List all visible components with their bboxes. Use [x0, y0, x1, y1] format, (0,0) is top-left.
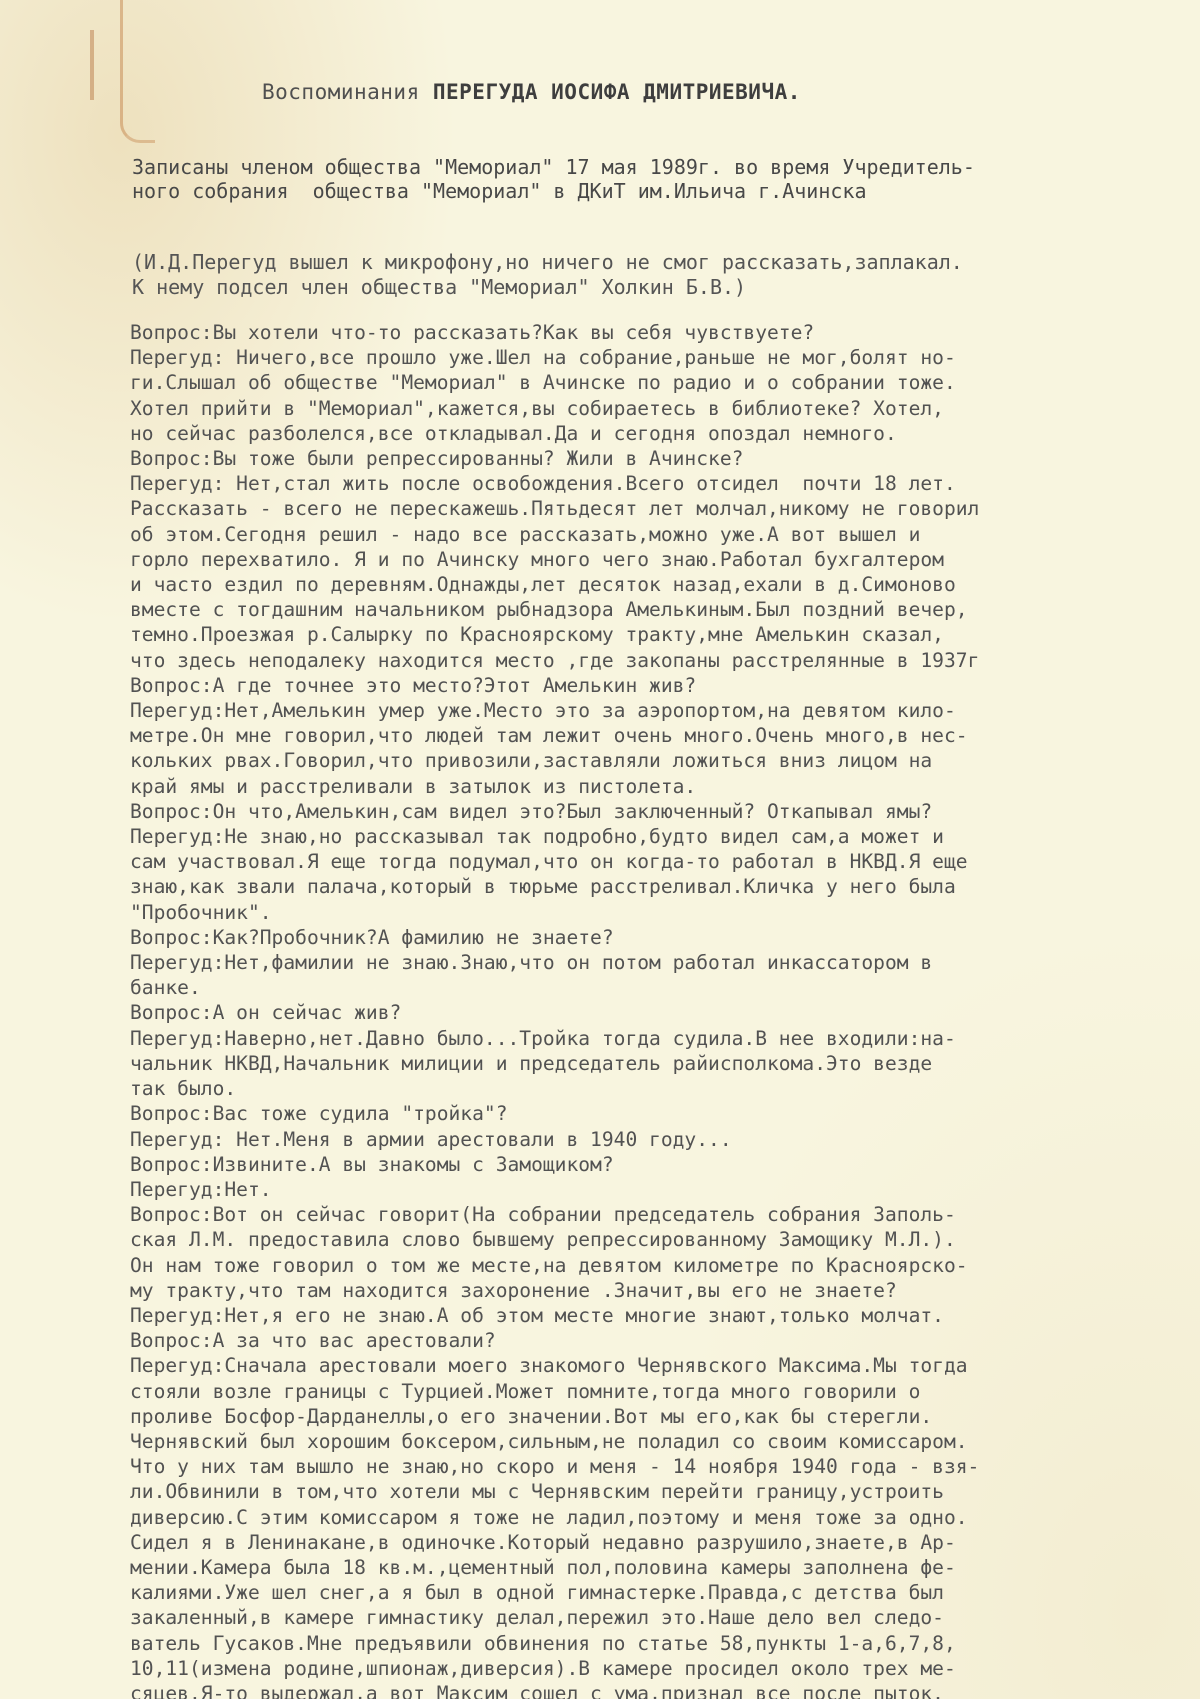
transcript-line: 10,11(измена родине,шпионаж,диверсия).В …: [130, 1656, 979, 1681]
title-name: ПЕРЕГУДА ИОСИФА ДМИТРИЕВИЧА.: [433, 80, 801, 104]
title-prefix: Воспоминания: [262, 80, 433, 104]
transcript-line: Сидел я в Ленинакане,в одиночке.Который …: [130, 1530, 979, 1555]
transcript-line: Рассказать - всего не перескажешь.Пятьде…: [130, 496, 979, 521]
transcript-line: Вопрос:Он что,Амелькин,сам видел это?Был…: [130, 799, 979, 824]
transcript-line: Вопрос:Вы хотели что-то рассказать?Как в…: [130, 320, 979, 345]
transcript-line: "Пробочник".: [130, 900, 979, 925]
transcript-line: горло перехватило. Я и по Ачинску много …: [130, 547, 979, 572]
note-line: (И.Д.Перегуд вышел к микрофону,но ничего…: [132, 250, 963, 275]
transcript-line: Вопрос:А где точнее это место?Этот Амель…: [130, 673, 979, 698]
transcript-line: мении.Камера была 18 кв.м.,цементный пол…: [130, 1555, 979, 1580]
transcript-line: Перегуд:Нет,Амелькин умер уже.Место это …: [130, 698, 979, 723]
transcript-line: стояли возле границы с Турцией.Может пом…: [130, 1379, 979, 1404]
transcript-line: Перегуд: Нет,стал жить после освобождени…: [130, 471, 979, 496]
transcript-line: кольких рвах.Говорил,что привозили,заста…: [130, 748, 979, 773]
transcript-line: Перегуд:Нет,фамилии не знаю.Знаю,что он …: [130, 950, 979, 975]
transcript-line: Чернявский был хорошим боксером,сильным,…: [130, 1429, 979, 1454]
transcript-line: сам участвовал.Я еще тогда подумал,что о…: [130, 849, 979, 874]
transcript-line: Вопрос:А он сейчас жив?: [130, 1000, 979, 1025]
document-page: Воспоминания ПЕРЕГУДА ИОСИФА ДМИТРИЕВИЧА…: [0, 0, 1200, 1699]
transcript-line: Перегуд:Нет,я его не знаю.А об этом мест…: [130, 1303, 979, 1328]
transcript-line: закаленный,в камере гимнастику делал,пер…: [130, 1605, 979, 1630]
transcript-line: Что у них там вышло не знаю,но скоро и м…: [130, 1454, 979, 1479]
transcript-line: ватель Гусаков.Мне предъявили обвинения …: [130, 1631, 979, 1656]
transcript-line: Перегуд:Сначала арестовали моего знакомо…: [130, 1353, 979, 1378]
transcript-line: Перегуд:Нет.: [130, 1177, 979, 1202]
paper-stain-mark: [90, 30, 94, 100]
transcript-line: ская Л.М. предоставила слово бывшему реп…: [130, 1227, 979, 1252]
transcript-line: и часто ездил по деревням.Однажды,лет де…: [130, 572, 979, 597]
transcript-line: Он нам тоже говорил о том же месте,на де…: [130, 1253, 979, 1278]
document-subtitle: Записаны членом общества "Мемориал" 17 м…: [132, 155, 975, 203]
transcript-line: сяцев.Я-то выдержал,а вот Максим сошел с…: [130, 1681, 979, 1699]
document-note: (И.Д.Перегуд вышел к микрофону,но ничего…: [132, 250, 963, 300]
transcript-line: об этом.Сегодня решил - надо все рассказ…: [130, 522, 979, 547]
transcript-line: метре.Он мне говорил,что людей там лежит…: [130, 723, 979, 748]
subtitle-line: ного собрания общества "Мемориал" в ДКиТ…: [132, 179, 975, 203]
transcript-line: но сейчас разболелся,все откладывал.Да и…: [130, 421, 979, 446]
transcript-line: Вопрос:Извините.А вы знакомы с Замощиком…: [130, 1152, 979, 1177]
transcript-line: вместе с тогдашним начальником рыбнадзор…: [130, 597, 979, 622]
transcript-line: чальник НКВД,Начальник милиции и председ…: [130, 1051, 979, 1076]
transcript-line: Вопрос:Вас тоже судила "тройка"?: [130, 1101, 979, 1126]
transcript-line: проливе Босфор-Дарданеллы,о его значении…: [130, 1404, 979, 1429]
transcript-line: ли.Обвинили в том,что хотели мы с Черняв…: [130, 1479, 979, 1504]
transcript-line: Вопрос:Как?Пробочник?А фамилию не знаете…: [130, 925, 979, 950]
transcript-line: диверсию.С этим комиссаром я тоже не лад…: [130, 1505, 979, 1530]
interview-transcript: Вопрос:Вы хотели что-то рассказать?Как в…: [130, 320, 979, 1699]
transcript-line: край ямы и расстреливали в затылок из пи…: [130, 774, 979, 799]
transcript-line: калиями.Уже шел снег,а я был в одной гим…: [130, 1580, 979, 1605]
document-title: Воспоминания ПЕРЕГУДА ИОСИФА ДМИТРИЕВИЧА…: [262, 80, 801, 104]
paper-stain: [120, 0, 155, 143]
transcript-line: Вопрос:А за что вас арестовали?: [130, 1328, 979, 1353]
transcript-line: ги.Слышал об обществе "Мемориал" в Ачинс…: [130, 370, 979, 395]
transcript-line: Вопрос:Вот он сейчас говорит(На собрании…: [130, 1202, 979, 1227]
transcript-line: Перегуд:Наверно,нет.Давно было...Тройка …: [130, 1026, 979, 1051]
transcript-line: что здесь неподалеку находится место ,гд…: [130, 648, 979, 673]
transcript-line: Вопрос:Вы тоже были репрессированны? Жил…: [130, 446, 979, 471]
transcript-line: банке.: [130, 975, 979, 1000]
transcript-line: так было.: [130, 1076, 979, 1101]
transcript-line: Перегуд: Нет.Меня в армии арестовали в 1…: [130, 1127, 979, 1152]
transcript-line: му тракту,что там находится захоронение …: [130, 1278, 979, 1303]
note-line: К нему подсел член общества "Мемориал" Х…: [132, 275, 963, 300]
transcript-line: Перегуд:Не знаю,но рассказывал так подро…: [130, 824, 979, 849]
transcript-line: Перегуд: Ничего,все прошло уже.Шел на со…: [130, 345, 979, 370]
transcript-line: темно.Проезжая р.Салырку по Красноярском…: [130, 622, 979, 647]
transcript-line: Хотел прийти в "Мемориал",кажется,вы соб…: [130, 396, 979, 421]
transcript-line: знаю,как звали палача,который в тюрьме р…: [130, 874, 979, 899]
subtitle-line: Записаны членом общества "Мемориал" 17 м…: [132, 155, 975, 179]
